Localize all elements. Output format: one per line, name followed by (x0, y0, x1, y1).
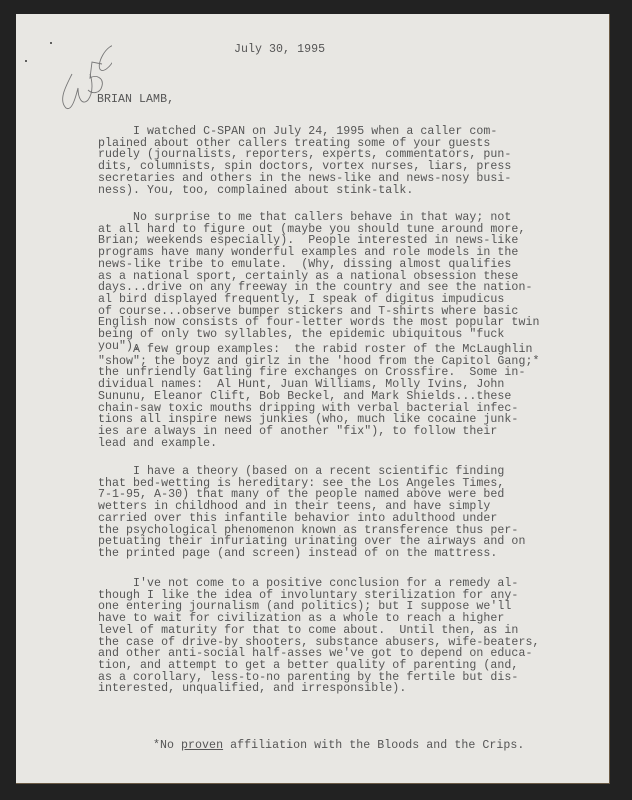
text-line: news-like tribe to emulate. (Why, dissin… (98, 259, 539, 271)
text-line: the printed page (and screen) instead of… (98, 548, 525, 560)
letter-date: July 30, 1995 (234, 44, 325, 56)
paragraph-4: I have a theory (based on a recent scien… (98, 466, 525, 560)
text-line: ness). You, too, complained about stink-… (98, 185, 511, 197)
text-line: level of maturity for that to come about… (98, 625, 539, 637)
text-line: I have a theory (based on a recent scien… (98, 466, 525, 478)
text-line: al bird displayed frequently, I speak of… (98, 294, 539, 306)
text-line: No surprise to me that callers behave in… (98, 212, 539, 224)
text-line: I watched C-SPAN on July 24, 1995 when a… (98, 126, 511, 138)
text-line: tion, and attempt to get a better qualit… (98, 660, 539, 672)
paragraph-3: A few group examples: the rabid roster o… (98, 344, 539, 449)
speck (50, 42, 52, 44)
footnote-underlined-word: proven (181, 739, 223, 752)
footnote: *No proven affiliation with the Bloods a… (153, 740, 524, 752)
text-line: carried over this infantile behavior int… (98, 513, 525, 525)
text-line: A few group examples: the rabid roster o… (98, 344, 539, 356)
text-line: Sununu, Eleanor Clift, Bob Beckel, and M… (98, 391, 539, 403)
text-line: I've not come to a positive conclusion f… (98, 578, 539, 590)
text-line: lead and example. (98, 438, 539, 450)
text-line: interested, unqualified, and irresponsib… (98, 683, 539, 695)
letter-page: July 30, 1995 BRIAN LAMB, I watched C-SP… (16, 14, 610, 784)
text-line: ies are always in need of another "fix")… (98, 426, 539, 438)
text-line: secretaries and others in the news-like … (98, 173, 511, 185)
text-line: being of only two syllables, the epidemi… (98, 329, 539, 341)
paragraph-5: I've not come to a positive conclusion f… (98, 578, 539, 695)
salutation: BRIAN LAMB, (97, 94, 174, 106)
paragraph-1: I watched C-SPAN on July 24, 1995 when a… (98, 126, 511, 196)
footnote-suffix: affiliation with the Bloods and the Crip… (223, 739, 524, 752)
speck (25, 60, 27, 62)
footnote-prefix: *No (153, 739, 181, 752)
paragraph-2: No surprise to me that callers behave in… (98, 212, 539, 352)
